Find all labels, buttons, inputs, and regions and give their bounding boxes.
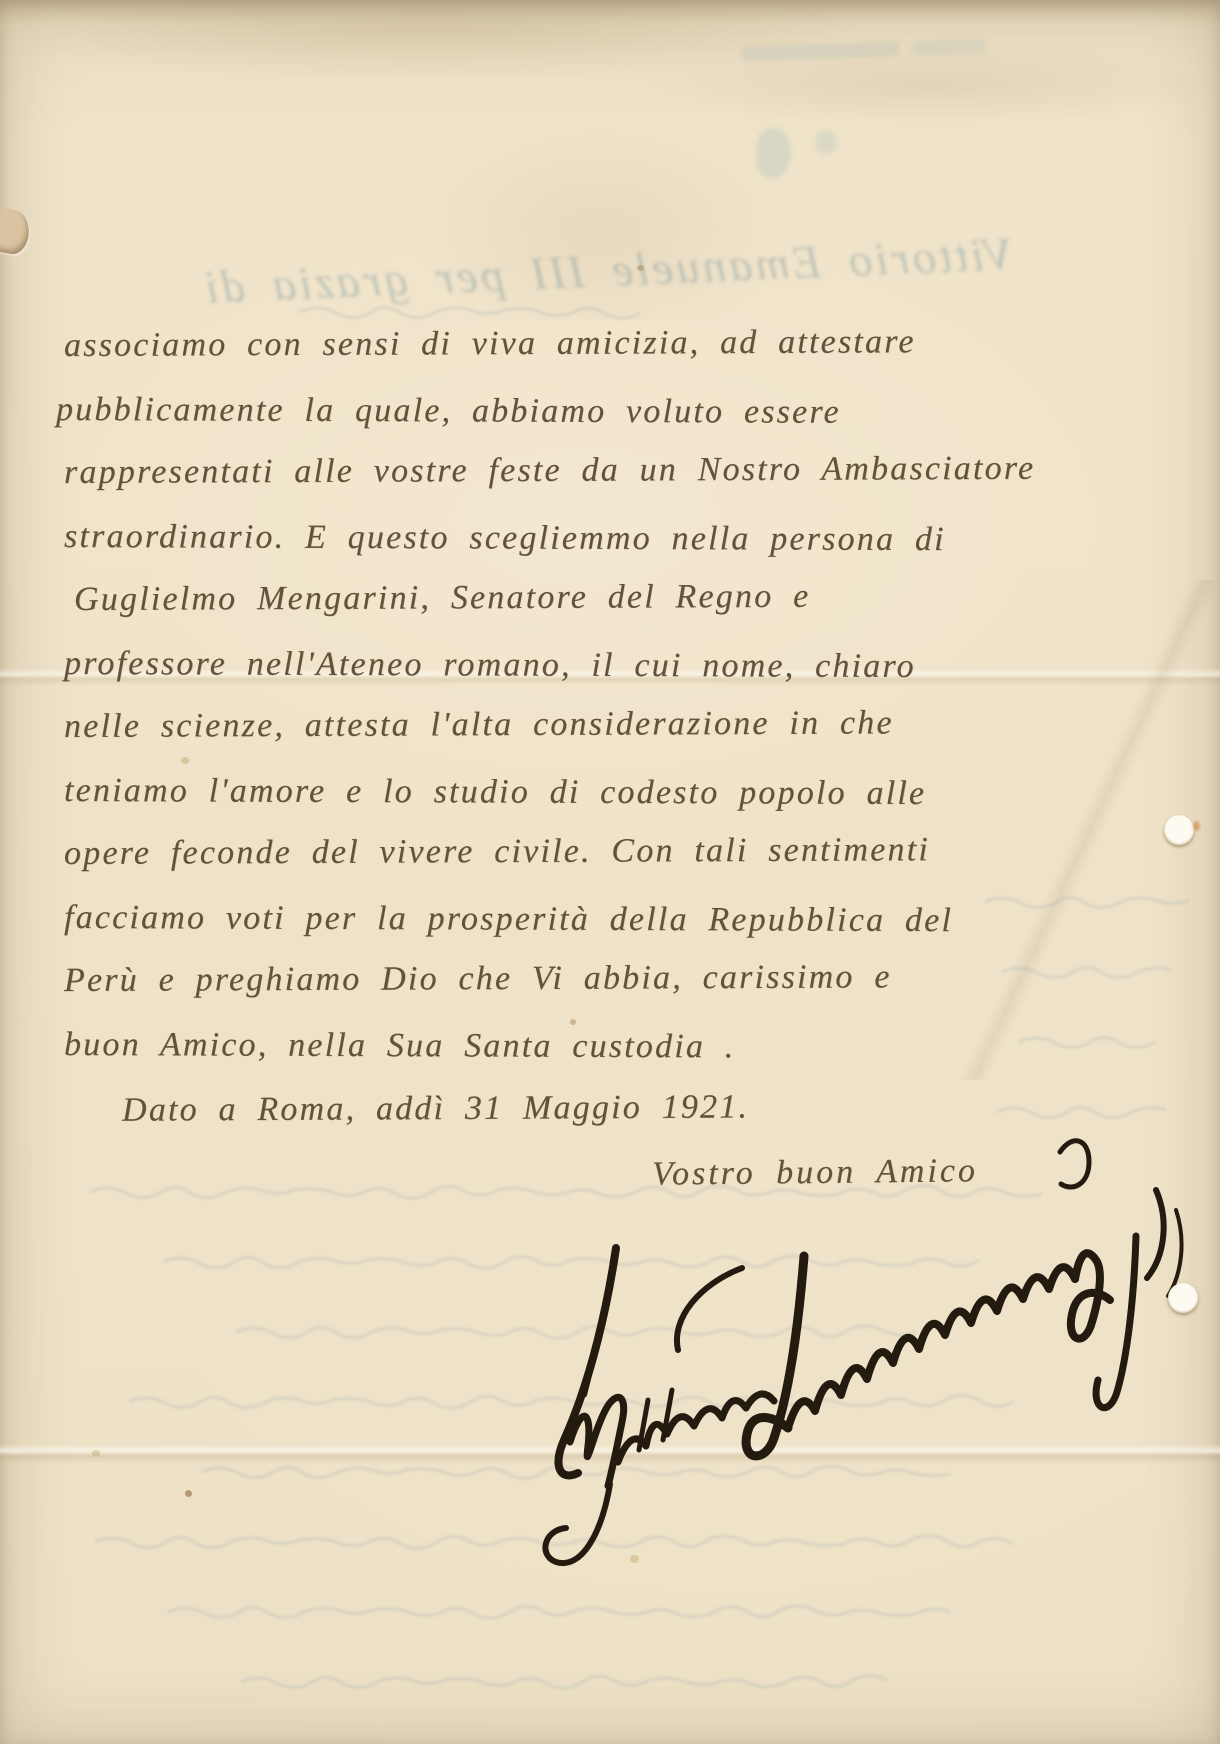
- punch-hole: [1164, 815, 1194, 845]
- age-stain: [92, 1450, 100, 1457]
- letter-line: pubblicamente la quale, abbiamo voluto e…: [56, 378, 1168, 445]
- letter-page: Vittorio Emanuele III per grazia di asso…: [0, 0, 1220, 1744]
- faint-stamp-mark: [912, 39, 986, 57]
- faint-ink-blot: [815, 130, 837, 154]
- faint-ink-blot: [757, 128, 791, 178]
- letter-line: nelle scienze, attesta l'alta consideraz…: [64, 690, 1168, 758]
- age-stain: [185, 1490, 192, 1497]
- faint-stamp-mark: [742, 41, 900, 62]
- letter-line: straordinario. E questo scegliemmo nella…: [64, 505, 1168, 572]
- paper-wrinkles: [0, 0, 1220, 320]
- letter-line: teniamo l'amore e lo studio di codesto p…: [64, 759, 1168, 826]
- letter-body: associamo con sensi di viva amicizia, ad…: [64, 314, 1168, 1076]
- punch-hole: [1168, 1283, 1198, 1313]
- letter-line: facciamo voti per la prosperità della Re…: [64, 886, 1168, 953]
- letter-line: opere feconde del vivere civile. Con tal…: [64, 817, 1168, 885]
- letter-line: associamo con sensi di viva amicizia, ad…: [64, 309, 1168, 377]
- letter-line: professore nell'Ateneo romano, il cui no…: [64, 632, 1168, 699]
- letter-line: rappresentati alle vostre feste da un No…: [64, 436, 1168, 504]
- paper-chip: [0, 208, 33, 257]
- letter-text: associamo con sensi di viva amicizia, ad…: [64, 314, 1168, 1204]
- letter-line: buon Amico, nella Sua Santa custodia .: [64, 1013, 1168, 1080]
- letter-line: Guglielmo Mengarini, Senatore del Regno …: [74, 563, 1168, 631]
- age-stain: [637, 265, 644, 271]
- vittorio-emanuele-signature: [420, 1090, 1220, 1650]
- letter-line: Perù e preghiamo Dio che Vi abbia, caris…: [64, 944, 1168, 1012]
- rust-fleck: [1193, 821, 1200, 831]
